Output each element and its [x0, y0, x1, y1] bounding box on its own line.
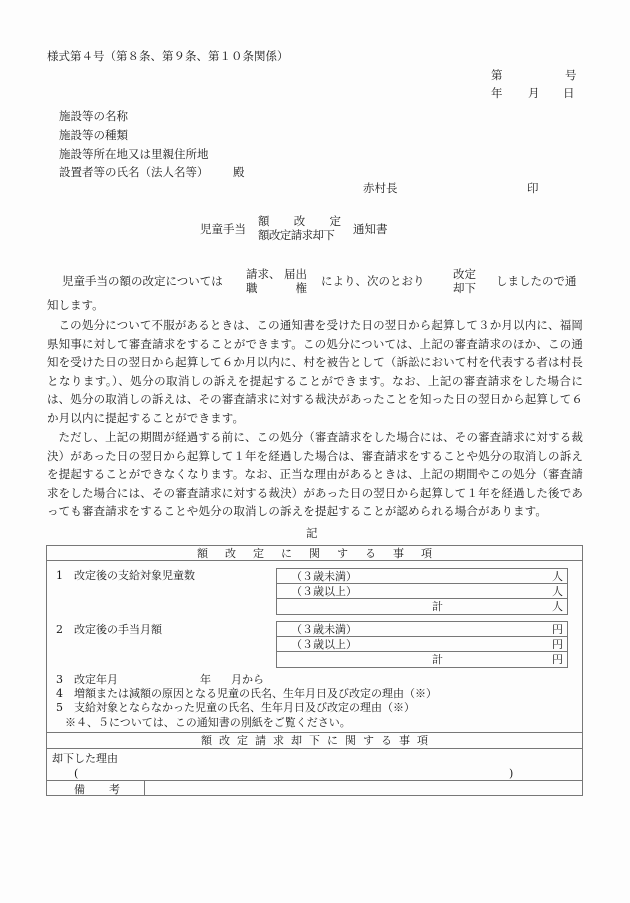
title-option-revision: 額 改 定	[258, 214, 341, 228]
item4-label: 4 増額または減額の原因となる児童の氏名、生年月日及び改定の理由（※）	[56, 687, 437, 700]
intro-part1: 児童手当の額の改定については	[62, 276, 223, 288]
child-count-total-row: 計 人	[277, 599, 567, 614]
monthly-amount-3plus-row: （３歳以上） 円	[277, 637, 567, 652]
date-year: 年	[491, 88, 503, 100]
intro-choice2: 改定 却下	[453, 267, 476, 295]
item3-label: 3 改定年月	[56, 673, 118, 686]
addressee-facility-name: 施設等の名称	[59, 111, 128, 123]
items-note: ※４、５については、この通知書の別紙をご覧ください。	[65, 716, 351, 729]
title-option-group: 額 改 定 額改定請求却下	[258, 214, 341, 242]
intro-part3: しましたので通	[496, 276, 577, 288]
item3-month: 月から	[231, 673, 264, 686]
issuer-title: 赤村長	[363, 183, 398, 195]
addressee-facility-address: 施設等所在地又は里親住所地	[59, 149, 209, 161]
item2-label: 2 改定後の手当月額	[56, 623, 162, 636]
doc-number-suffix: 号	[565, 70, 577, 82]
divider	[47, 748, 582, 749]
item5-label: 5 支給対象とならなかった児童の氏名、生年月日及び改定の理由（※）	[56, 701, 415, 714]
details-table: 額 改 定 に 関 す る 事 項 1 改定後の支給対象児童数 （３歳未満） 人…	[46, 545, 583, 796]
monthly-amount-box: （３歳未満） 円 （３歳以上） 円 計 円	[276, 621, 568, 668]
rejection-reason-label: 却下した理由	[52, 752, 118, 765]
form-id: 様式第４号（第８条、第９条、第１０条関係）	[47, 51, 289, 63]
remarks-divider	[144, 780, 145, 796]
intro-choice1: 請求、 届出 職 権	[246, 267, 307, 295]
rejection-reason-paren-close: )	[509, 767, 513, 780]
title-suffix: 通知書	[353, 224, 388, 236]
title-option-rejection: 額改定請求却下	[258, 228, 341, 242]
deadline-paragraph: ただし、上記の期間が経過する前に、この処分（審査請求をした場合には、その審査請求…	[47, 428, 583, 521]
intro-part2: により、次のとおり	[321, 276, 425, 288]
addressee-founder-name: 設置者等の氏名（法人名等）	[59, 167, 209, 179]
monthly-amount-under3-row: （３歳未満） 円	[277, 622, 567, 637]
remarks-label: 備考	[74, 783, 120, 796]
section-revision-header: 額 改 定 に 関 す る 事 項	[47, 546, 582, 561]
section-rejection-header: 額 改 定 請 求 却 下 に 関 す る 事 項	[47, 733, 582, 748]
child-count-under3-row: （３歳未満） 人	[277, 569, 567, 584]
ki-label: 記	[306, 528, 318, 540]
doc-number-prefix: 第	[491, 70, 503, 82]
monthly-amount-total-row: 計 円	[277, 652, 567, 667]
rejection-reason-paren-open: (	[74, 767, 78, 780]
addressee-facility-type: 施設等の種類	[59, 130, 128, 142]
title-prefix: 児童手当	[200, 224, 246, 236]
divider	[47, 780, 582, 781]
intro-continuation: 知します。	[47, 300, 104, 312]
child-count-3plus-row: （３歳以上） 人	[277, 584, 567, 599]
item3-year: 年	[200, 673, 211, 686]
child-count-box: （３歳未満） 人 （３歳以上） 人 計 人	[276, 568, 568, 615]
date-day: 日	[563, 88, 575, 100]
issuer-seal: 印	[527, 183, 539, 195]
appeal-paragraph: この処分について不服があるときは、この通知書を受けた日の翌日から起算して３か月以…	[47, 316, 583, 428]
addressee-honorific: 殿	[233, 167, 245, 179]
item1-label: 1 改定後の支給対象児童数	[56, 569, 195, 582]
date-month: 月	[528, 88, 540, 100]
divider	[47, 560, 582, 561]
